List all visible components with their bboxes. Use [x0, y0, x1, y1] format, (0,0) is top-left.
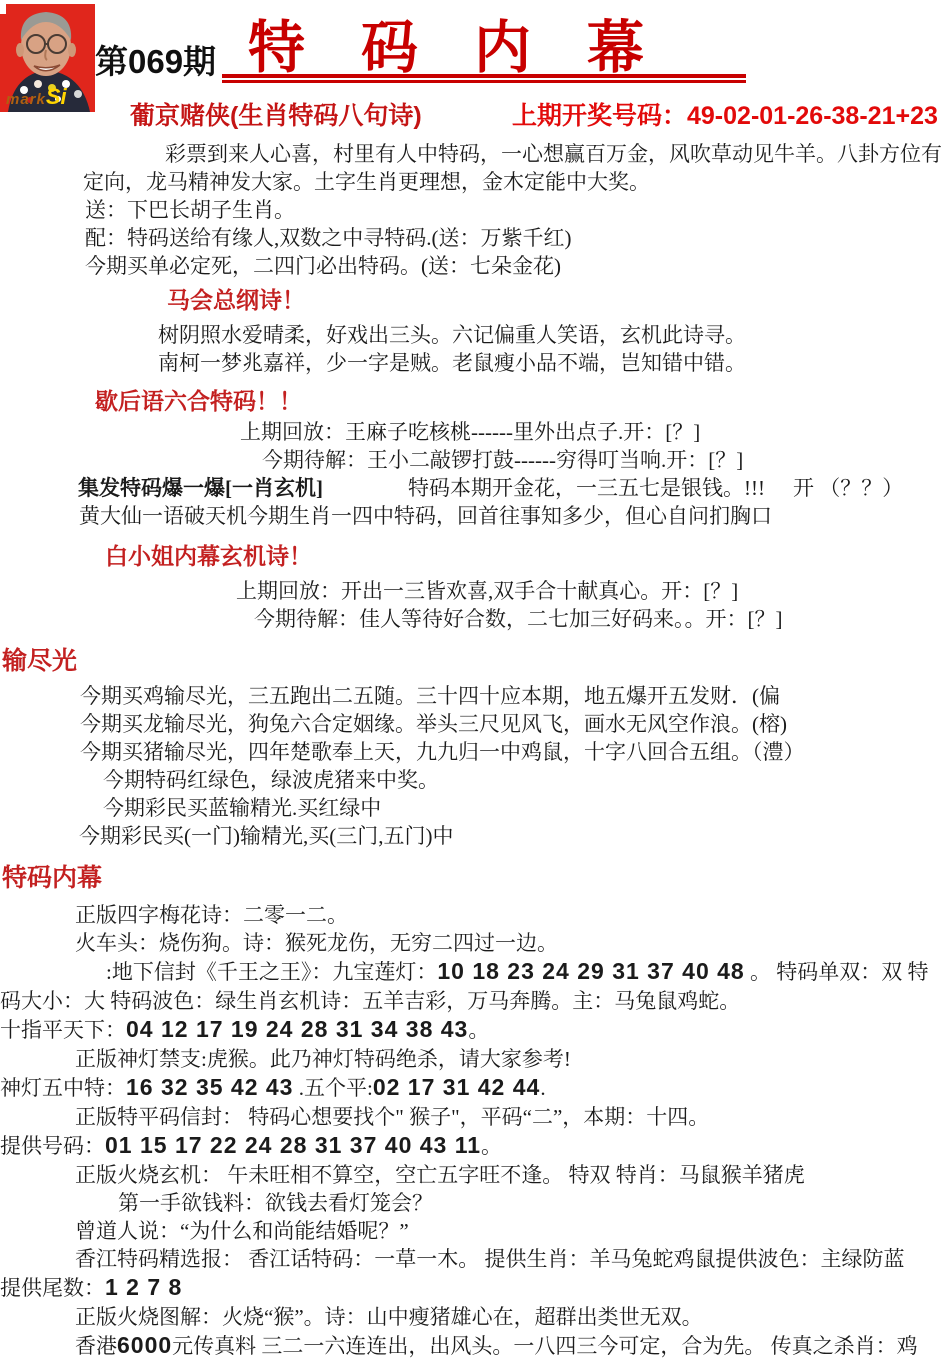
text-segment: 提供号码： — [0, 1134, 105, 1158]
text-segment: 曾道人说：“为什么和尚能结婚呢？” — [75, 1219, 409, 1243]
text-segment: 今期待解：王小二敲锣打鼓------穷得叮当响.开：[？] — [262, 448, 743, 472]
text-segment: 。 特码单双：双 特 — [745, 960, 929, 984]
text-segment: 特码本期开金花，一三五七是银钱。!!! — [408, 476, 765, 500]
text-segment: 今期彩民买蓝输精光.买红绿中 — [103, 796, 381, 820]
text-segment: 香江特码精选报： 香江话特码：一草一木。 提供生肖：羊马兔蛇鸡鼠提供波色：主绿防… — [75, 1247, 905, 1271]
text-segment: 神灯五中特： — [0, 1076, 126, 1100]
match-line: 配：特码送给有缘人,双数之中寻特码.(送：万紫千红) — [85, 224, 949, 252]
tip-sheet-page: markSi 第069期 特码内幕 葡京赌侠(生肖特码八句诗) 上期开奖号码：4… — [0, 0, 949, 1369]
blue-tip-line: 今期彩民买蓝输精光.买红绿中 — [103, 794, 949, 822]
xiehouyu-current: 今期待解：王小二敲锣打鼓------穷得叮当响.开：[？] — [262, 446, 949, 474]
xiehouyu-last: 上期回放：王麻子吃核桃------里外出点子.开：[？] — [240, 418, 949, 446]
text-segment: 正版火烧图解：火烧“猴”。诗：山中瘦猪雄心在，超群出类世无双。 — [75, 1305, 703, 1329]
text-segment: 黄大仙一语破天机今期生肖一四中特码，回首往事知多少，但心自问扪胸口 — [79, 504, 772, 528]
text-segment: 01 15 17 22 24 28 31 37 40 43 11 — [105, 1132, 481, 1158]
zengdaoren-line: 曾道人说：“为什么和尚能结婚呢？” — [75, 1217, 949, 1245]
huangdaxian-line: 黄大仙一语破天机今期生肖一四中特码，回首往事知多少，但心自问扪胸口 — [79, 502, 949, 530]
text-segment: 今期特码红绿色，绿波虎猪来中奖。 — [103, 768, 439, 792]
shujinguang-line-3: 今期买猪输尽光，四年楚歌奉上天，九九归一中鸡鼠，十字八回合五组。（澧） — [80, 738, 949, 766]
temaneimu-heading: 特码内幕 — [2, 864, 949, 893]
last-draw-numbers: 上期开奖号码：49-02-01-26-38-21+23 — [512, 96, 938, 132]
huochetou-line: 火车头：烧伤狗。诗：猴死龙伤，无穷二四过一边。 — [75, 929, 949, 957]
shendeng-wuzhongte-line: 神灯五中特：16 32 35 42 43 .五个平:02 17 31 42 44… — [0, 1073, 949, 1103]
text-segment: 今期彩民买(一门)输精光,买(三门,五门)中 — [79, 824, 453, 848]
huoshao-xuanji-line: 正版火烧玄机： 午未旺相不算空，空亡五字旺不逢。 特双 特肖：马鼠猴羊猪虎 — [75, 1161, 949, 1189]
huoshao-tujie-line: 正版火烧图解：火烧“猴”。诗：山中瘦猪雄心在，超群出类世无双。 — [75, 1303, 949, 1331]
text-segment: 1 2 7 8 — [105, 1274, 182, 1300]
page-header: markSi 第069期 特码内幕 葡京赌侠(生肖特码八句诗) 上期开奖号码：4… — [0, 0, 949, 140]
text-segment: :地下信封《千王之王》：九宝莲灯： — [106, 960, 437, 984]
shujinguang-line-2: 今期买龙输尽光，狗兔六合定姻缘。举头三尺见风飞，画水无风空作浪。(榕) — [80, 710, 949, 738]
text-segment: 上期回放：开出一三皆欢喜,双手合十献真心。开：[？] — [236, 579, 738, 603]
baixiaojie-current: 今期待解：佳人等待好合数，二七加三好码来。。开：[？] — [254, 605, 949, 633]
teping-xinfeng-line: 正版特平码信封： 特码心想要找个" 猴子"，平码“二”，本期：十四。 — [75, 1103, 949, 1131]
intro-poem-line-2: 定向，龙马精神发大家。土字生肖更理想，金木定能中大奖。 — [83, 168, 949, 196]
issue-number: 第069期 — [95, 36, 216, 83]
shendeng-jinzhi-line: 正版神灯禁支:虎猴。此乃神灯特码绝杀，请大家参考! — [75, 1045, 949, 1073]
zonggang-poem-2: 南柯一梦兆嘉祥，少一字是贼。老鼠瘦小品不端，岂知错中错。 — [158, 349, 949, 377]
page-title: 特码内幕 — [248, 2, 700, 84]
text-segment: 南柯一梦兆嘉祥，少一字是贼。老鼠瘦小品不端，岂知错中错。 — [158, 351, 746, 375]
text-segment: 白小姐内幕玄机诗！ — [105, 543, 312, 569]
text-segment: 正版特平码信封： 特码心想要找个" 猴子"，平码“二”，本期：十四。 — [75, 1105, 709, 1129]
xiangjiang-line: 香江特码精选报： 香江话特码：一草一木。 提供生肖：羊马兔蛇鸡鼠提供波色：主绿防… — [75, 1245, 949, 1273]
publisher-photo: markSi — [0, 4, 95, 112]
text-segment: 树阴照水爱晴柔，好戏出三头。六记偏重人笑语，玄机此诗寻。 — [158, 323, 746, 347]
logo-text-mark: mark — [6, 91, 46, 108]
text-segment: 提供尾数： — [0, 1276, 105, 1300]
text-segment: 彩票到来人心喜，村里有人中特码，一心想赢百万金，风吹草动见牛羊。八卦方位有 — [165, 142, 942, 166]
shizhi-line: 十指平天下：04 12 17 19 24 28 31 34 38 43。 — [0, 1015, 949, 1045]
text-segment: 元传真料 三二一六连连出，出风头。一八四三今可定，合为先。 传真之杀肖：鸡 — [172, 1334, 918, 1358]
text-segment: 火车头：烧伤狗。诗：猴死龙伤，无穷二四过一边。 — [75, 931, 558, 955]
dixia-xinfeng-line: :地下信封《千王之王》：九宝莲灯：10 18 23 24 29 31 37 40… — [106, 957, 949, 987]
buy-line: 今期买单必定死，二四门必出特码。(送：七朵金花) — [85, 252, 949, 280]
baixiaojie-heading: 白小姐内幕玄机诗！ — [105, 542, 949, 571]
text-segment: 正版神灯禁支:虎猴。此乃神灯特码绝杀，请大家参考! — [75, 1047, 571, 1071]
text-segment: 第一手欲钱料：欲钱去看灯笼会？ — [118, 1191, 433, 1215]
text-segment: 歇后语六合特码！！ — [95, 388, 302, 414]
jifa-tema-line: 集发特码爆一爆[一肖玄机]特码本期开金花，一三五七是银钱。!!!开 （？？） — [78, 474, 949, 502]
tigong-haoma-line: 提供号码：01 15 17 22 24 28 31 37 40 43 11。 — [0, 1131, 949, 1161]
text-segment: 今期买龙输尽光，狗兔六合定姻缘。举头三尺见风飞，画水无风空作浪。(榕) — [80, 712, 787, 736]
yuqian-line: 第一手欲钱料：欲钱去看灯笼会？ — [118, 1189, 949, 1217]
text-segment: 码大小：大 特码波色：绿生肖玄机诗：五羊吉彩，万马奔腾。主：马兔鼠鸡蛇。 — [0, 989, 740, 1013]
text-segment: 今期买鸡输尽光，三五跑出二五随。三十四十应本期，地五爆开五发财．(偏 — [80, 684, 780, 708]
text-segment: 上期回放：王麻子吃核桃------里外出点子.开：[？] — [240, 420, 700, 444]
dama-daxiao-line: 码大小：大 特码波色：绿生肖玄机诗：五羊吉彩，万马奔腾。主：马兔鼠鸡蛇。 — [0, 987, 949, 1015]
text-segment: 02 17 31 42 44 — [373, 1074, 540, 1100]
text-segment: 送：下巴长胡子生肖。 — [85, 198, 295, 222]
text-segment: 正版火烧玄机： 午未旺相不算空，空亡五字旺不逢。 特双 特肖：马鼠猴羊猪虎 — [75, 1163, 805, 1187]
text-segment: 16 32 35 42 43 — [126, 1074, 293, 1100]
text-segment: 今期待解：佳人等待好合数，二七加三好码来。。开：[？] — [254, 607, 782, 631]
meihua-poem-line: 正版四字梅花诗：二零一二。 — [75, 901, 949, 929]
chuanzhen-line: 香港6000元传真料 三二一六连连出，出风头。一八四三今可定，合为先。 传真之杀… — [75, 1331, 949, 1361]
logo-text-six: Si — [46, 84, 67, 109]
xiehouyu-heading: 歇后语六合特码！！ — [95, 387, 949, 416]
text-segment: 集发特码爆一爆[一肖玄机] — [78, 476, 323, 500]
text-segment: 输尽光 — [2, 647, 77, 675]
text-segment: .五个平: — [293, 1076, 372, 1100]
poem-source-subtitle: 葡京赌侠(生肖特码八句诗) — [130, 96, 422, 132]
text-segment: 。 — [468, 1018, 489, 1042]
shujinguang-line-1: 今期买鸡输尽光，三五跑出二五随。三十四十应本期，地五爆开五发财．(偏 — [80, 682, 949, 710]
text-segment: 马会总纲诗！ — [167, 287, 305, 313]
text-segment: 6000 — [117, 1332, 172, 1358]
text-segment: 今期买单必定死，二四门必出特码。(送：七朵金花) — [85, 254, 561, 278]
text-segment: 香港 — [75, 1334, 117, 1358]
baixiaojie-last: 上期回放：开出一三皆欢喜,双手合十献真心。开：[？] — [236, 577, 949, 605]
text-segment: 正版四字梅花诗：二零一二。 — [75, 903, 348, 927]
text-segment: 特码内幕 — [2, 864, 102, 892]
text-segment: 开 （？？） — [793, 476, 903, 500]
color-tip-line: 今期特码红绿色，绿波虎猪来中奖。 — [103, 766, 949, 794]
text-segment: 今期买猪输尽光，四年楚歌奉上天，九九归一中鸡鼠，十字八回合五组。（澧） — [80, 740, 805, 764]
text-segment: 定向，龙马精神发大家。土字生肖更理想，金木定能中大奖。 — [83, 170, 650, 194]
zonggang-poem-1: 树阴照水爱晴柔，好戏出三头。六记偏重人笑语，玄机此诗寻。 — [158, 321, 949, 349]
text-segment: 。 — [481, 1134, 502, 1158]
gift-line: 送：下巴长胡子生肖。 — [85, 196, 949, 224]
title-underline — [222, 74, 746, 83]
mark-six-logo: markSi — [6, 84, 67, 110]
text-segment: 十指平天下： — [0, 1018, 126, 1042]
mahui-heading: 马会总纲诗！ — [167, 286, 949, 315]
text-segment: 配：特码送给有缘人,双数之中寻特码.(送：万紫千红) — [85, 226, 571, 250]
shujinguang-heading: 输尽光 — [2, 647, 949, 676]
text-segment: 04 12 17 19 24 28 31 34 38 43 — [126, 1016, 468, 1042]
text-segment: 10 18 23 24 29 31 37 40 48 — [437, 958, 744, 984]
door-tip-line: 今期彩民买(一门)输精光,买(三门,五门)中 — [79, 822, 949, 850]
tigong-weishu-line: 提供尾数：1 2 7 8 — [0, 1273, 949, 1303]
sheet-body: 彩票到来人心喜，村里有人中特码，一心想赢百万金，风吹草动见牛羊。八卦方位有定向，… — [0, 140, 949, 1361]
text-segment: . — [540, 1076, 545, 1100]
intro-poem-line-1: 彩票到来人心喜，村里有人中特码，一心想赢百万金，风吹草动见牛羊。八卦方位有 — [165, 140, 949, 168]
